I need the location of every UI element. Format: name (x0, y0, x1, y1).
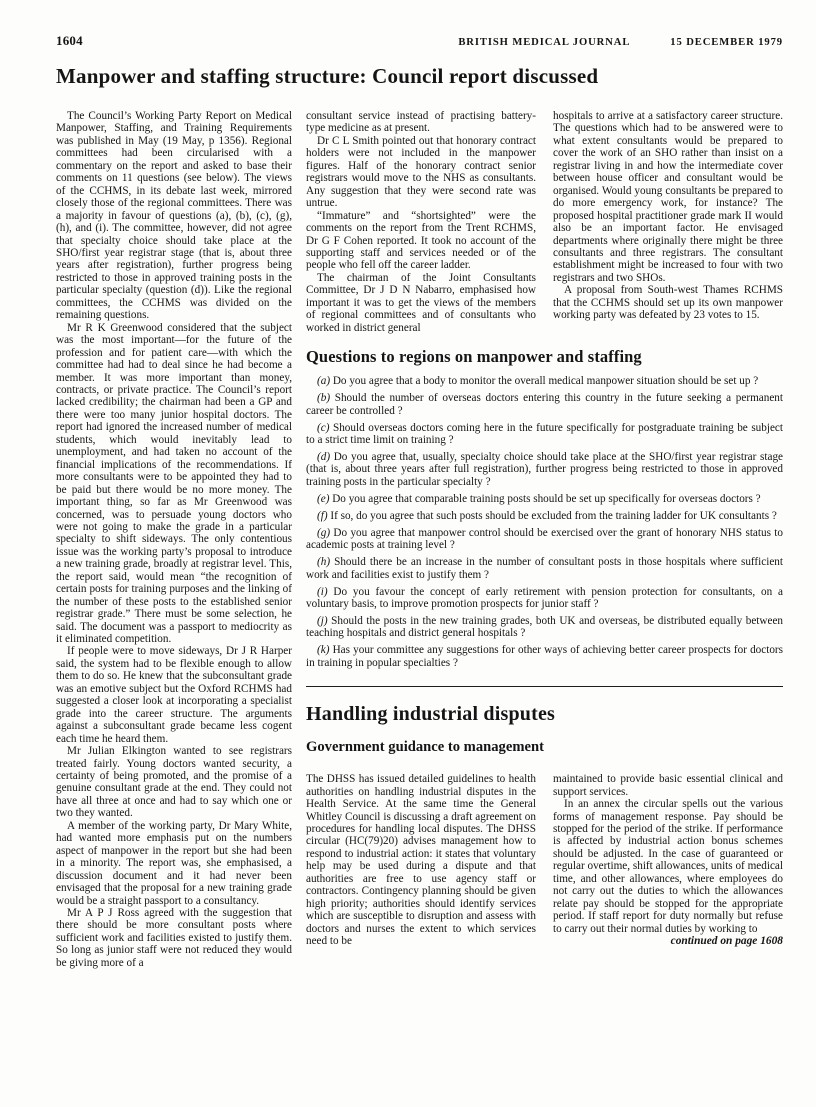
question-text: Has your committee any suggestions for o… (306, 644, 783, 668)
question-label: (e) (317, 493, 329, 505)
disputes-section: Handling industrial disputes Government … (306, 703, 783, 947)
question-h: (h) Should there be an increase in the n… (306, 556, 783, 581)
question-g: (g) Do you agree that manpower control s… (306, 527, 783, 552)
article-title: Manpower and staffing structure: Council… (56, 64, 783, 89)
disputes-subheading: Government guidance to management (306, 739, 783, 756)
question-text: Should the number of overseas doctors en… (306, 392, 783, 416)
paragraph: If people were to move sideways, Dr J R … (56, 645, 292, 745)
paragraph: The DHSS has issued detailed guidelines … (306, 773, 536, 947)
disputes-columns: The DHSS has issued detailed guidelines … (306, 773, 783, 947)
question-text: Should overseas doctors coming here in t… (306, 422, 783, 446)
question-k: (k) Has your committee any suggestions f… (306, 644, 783, 669)
disputes-column-2: maintained to provide basic essential cl… (553, 773, 783, 947)
paragraph: maintained to provide basic essential cl… (553, 773, 783, 798)
question-e: (e) Do you agree that comparable trainin… (306, 493, 783, 505)
question-text: Do you agree that comparable training po… (332, 493, 760, 505)
question-label: (c) (317, 422, 329, 434)
question-label: (k) (317, 644, 329, 656)
question-text: If so, do you agree that such posts shou… (330, 510, 776, 522)
question-text: Should the posts in the new training gra… (306, 615, 783, 639)
journal-name: BRITISH MEDICAL JOURNAL (458, 37, 630, 48)
question-d: (d) Do you agree that, usually, specialt… (306, 451, 783, 488)
question-f: (f) If so, do you agree that such posts … (306, 510, 783, 522)
question-text: Do you favour the concept of early retir… (306, 586, 783, 610)
column-1: The Council’s Working Party Report on Me… (56, 110, 292, 969)
paragraph: consultant service instead of practising… (306, 110, 536, 135)
paragraph: Mr R K Greenwood considered that the sub… (56, 322, 292, 646)
question-label: (f) (317, 510, 328, 522)
question-text: Do you agree that manpower control shoul… (306, 527, 783, 551)
questions-section: Questions to regions on manpower and sta… (306, 347, 783, 669)
question-text: Should there be an increase in the numbe… (306, 556, 783, 580)
top-columns: consultant service instead of practising… (306, 110, 783, 334)
column-2: consultant service instead of practising… (306, 110, 536, 334)
column-3: hospitals to arrive at a satisfactory ca… (553, 110, 783, 334)
paragraph: hospitals to arrive at a satisfactory ca… (553, 110, 783, 284)
paragraph: In an annex the circular spells out the … (553, 798, 783, 935)
question-text: Do you agree that, usually, specialty ch… (306, 451, 783, 488)
question-label: (b) (317, 392, 330, 404)
question-label: (h) (317, 556, 330, 568)
question-label: (d) (317, 451, 330, 463)
question-b: (b) Should the number of overseas doctor… (306, 392, 783, 417)
section-divider (306, 686, 783, 687)
question-label: (g) (317, 527, 330, 539)
question-j: (j) Should the posts in the new training… (306, 615, 783, 640)
disputes-column-1: The DHSS has issued detailed guidelines … (306, 773, 536, 947)
issue-date: 15 DECEMBER 1979 (670, 37, 783, 48)
paragraph: The chairman of the Joint Consultants Co… (306, 272, 536, 334)
page-content: The Council’s Working Party Report on Me… (56, 110, 783, 969)
masthead-right: BRITISH MEDICAL JOURNAL 15 DECEMBER 1979 (458, 37, 783, 48)
question-c: (c) Should overseas doctors coming here … (306, 422, 783, 447)
page-header: 1604 BRITISH MEDICAL JOURNAL 15 DECEMBER… (56, 33, 783, 49)
question-label: (a) (317, 375, 330, 387)
questions-heading: Questions to regions on manpower and sta… (306, 347, 783, 367)
question-a: (a) Do you agree that a body to monitor … (306, 375, 783, 387)
disputes-heading: Handling industrial disputes (306, 703, 783, 726)
paragraph: The Council’s Working Party Report on Me… (56, 110, 292, 322)
paragraph: Dr C L Smith pointed out that honorary c… (306, 135, 536, 210)
paragraph: Mr A P J Ross agreed with the suggestion… (56, 907, 292, 969)
journal-page: 1604 BRITISH MEDICAL JOURNAL 15 DECEMBER… (0, 0, 816, 1107)
paragraph: A proposal from South-west Thames RCHMS … (553, 284, 783, 321)
paragraph: “Immature” and “shortsighted” were the c… (306, 210, 536, 272)
question-text: Do you agree that a body to monitor the … (333, 375, 758, 387)
question-i: (i) Do you favour the concept of early r… (306, 586, 783, 611)
paragraph: Mr Julian Elkington wanted to see regist… (56, 745, 292, 820)
right-area: consultant service instead of practising… (306, 110, 783, 969)
page-number: 1604 (56, 33, 83, 49)
continued-note: continued on page 1608 (553, 935, 783, 947)
question-label: (i) (317, 586, 328, 598)
paragraph: A member of the working party, Dr Mary W… (56, 820, 292, 907)
question-label: (j) (317, 615, 328, 627)
